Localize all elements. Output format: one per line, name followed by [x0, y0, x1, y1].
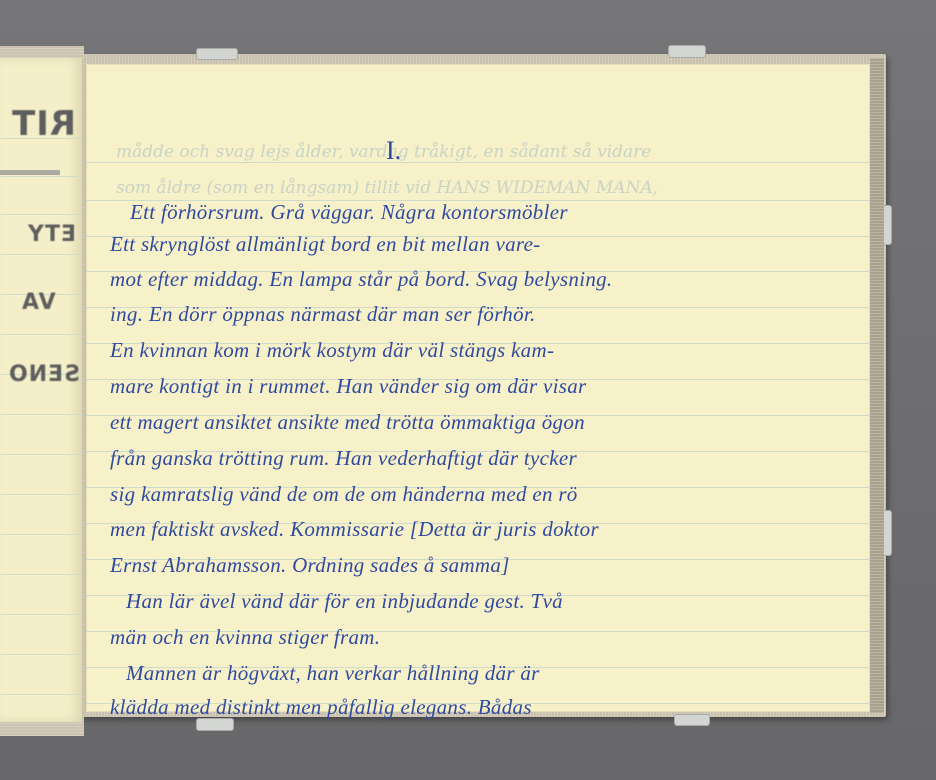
bleed-through-stamp: SENO: [8, 362, 80, 387]
clip-tab-top-left: [196, 48, 238, 60]
rule-line: [0, 254, 82, 255]
notebook-page: mådde och svag lejs ålder, vardag tråkig…: [86, 64, 870, 712]
rule-line: [0, 494, 82, 495]
rule-line: [0, 454, 82, 455]
rule-line: [86, 162, 870, 163]
rule-line: [0, 654, 82, 655]
handwritten-line: ing. En dörr öppnas närmast där man ser …: [110, 302, 536, 327]
handwritten-line: men faktiskt avsked. Kommissarie [Detta …: [110, 517, 599, 542]
handwritten-line: från ganska trötting rum. Han vederhafti…: [110, 446, 577, 471]
rule-line: [0, 694, 82, 695]
handwritten-line: mot efter middag. En lampa står på bord.…: [110, 267, 613, 292]
rule-line: [0, 614, 82, 615]
handwritten-line: män och en kvinna stiger fram.: [110, 625, 380, 650]
rule-line: [0, 574, 82, 575]
rule-line: [0, 214, 82, 215]
handwritten-line: Ernst Abrahamsson. Ordning sades å samma…: [110, 553, 510, 578]
bleed-through-stamp: VA: [21, 290, 56, 315]
bleed-through-stamp: ETY: [27, 222, 76, 247]
rule-line: [0, 334, 82, 335]
bleed-through-stamp: RIT: [11, 104, 76, 144]
handwritten-line: En kvinnan kom i mörk kostym där väl stä…: [110, 338, 554, 363]
handwritten-line: Ett skrynglöst allmänligt bord en bit me…: [110, 232, 540, 257]
stamp-underline: [0, 170, 60, 175]
rule-line: [0, 176, 82, 177]
handwritten-line: mare kontigt in i rummet. Han vänder sig…: [110, 374, 587, 399]
handwritten-line: Mannen är högväxt, han verkar hållning d…: [126, 661, 540, 686]
clip-tab-top-right: [668, 45, 706, 58]
handwritten-line: sig kamratslig vänd de om de om händerna…: [110, 482, 578, 507]
handwritten-line: Ett förhörsrum. Grå väggar. Några kontor…: [130, 200, 568, 225]
page-edge: [870, 58, 884, 713]
handwritten-line: Han lär ävel vänd där för en inbjudande …: [126, 589, 563, 614]
bleed-through-text: som åldre (som en långsam) tillit vid HA…: [116, 178, 850, 198]
left-page: RIT ETY VA SENO: [0, 58, 83, 722]
handwritten-line: klädda med distinkt men påfallig elegans…: [110, 695, 532, 720]
rule-line: [0, 534, 82, 535]
bleed-through-text: mådde och svag lejs ålder, vardag tråkig…: [116, 142, 850, 162]
chapter-heading: I.: [386, 136, 401, 166]
rule-line: [0, 414, 82, 415]
clip-tab-bottom-right: [674, 714, 710, 726]
handwritten-line: ett magert ansiktet ansikte med trötta ö…: [110, 410, 585, 435]
